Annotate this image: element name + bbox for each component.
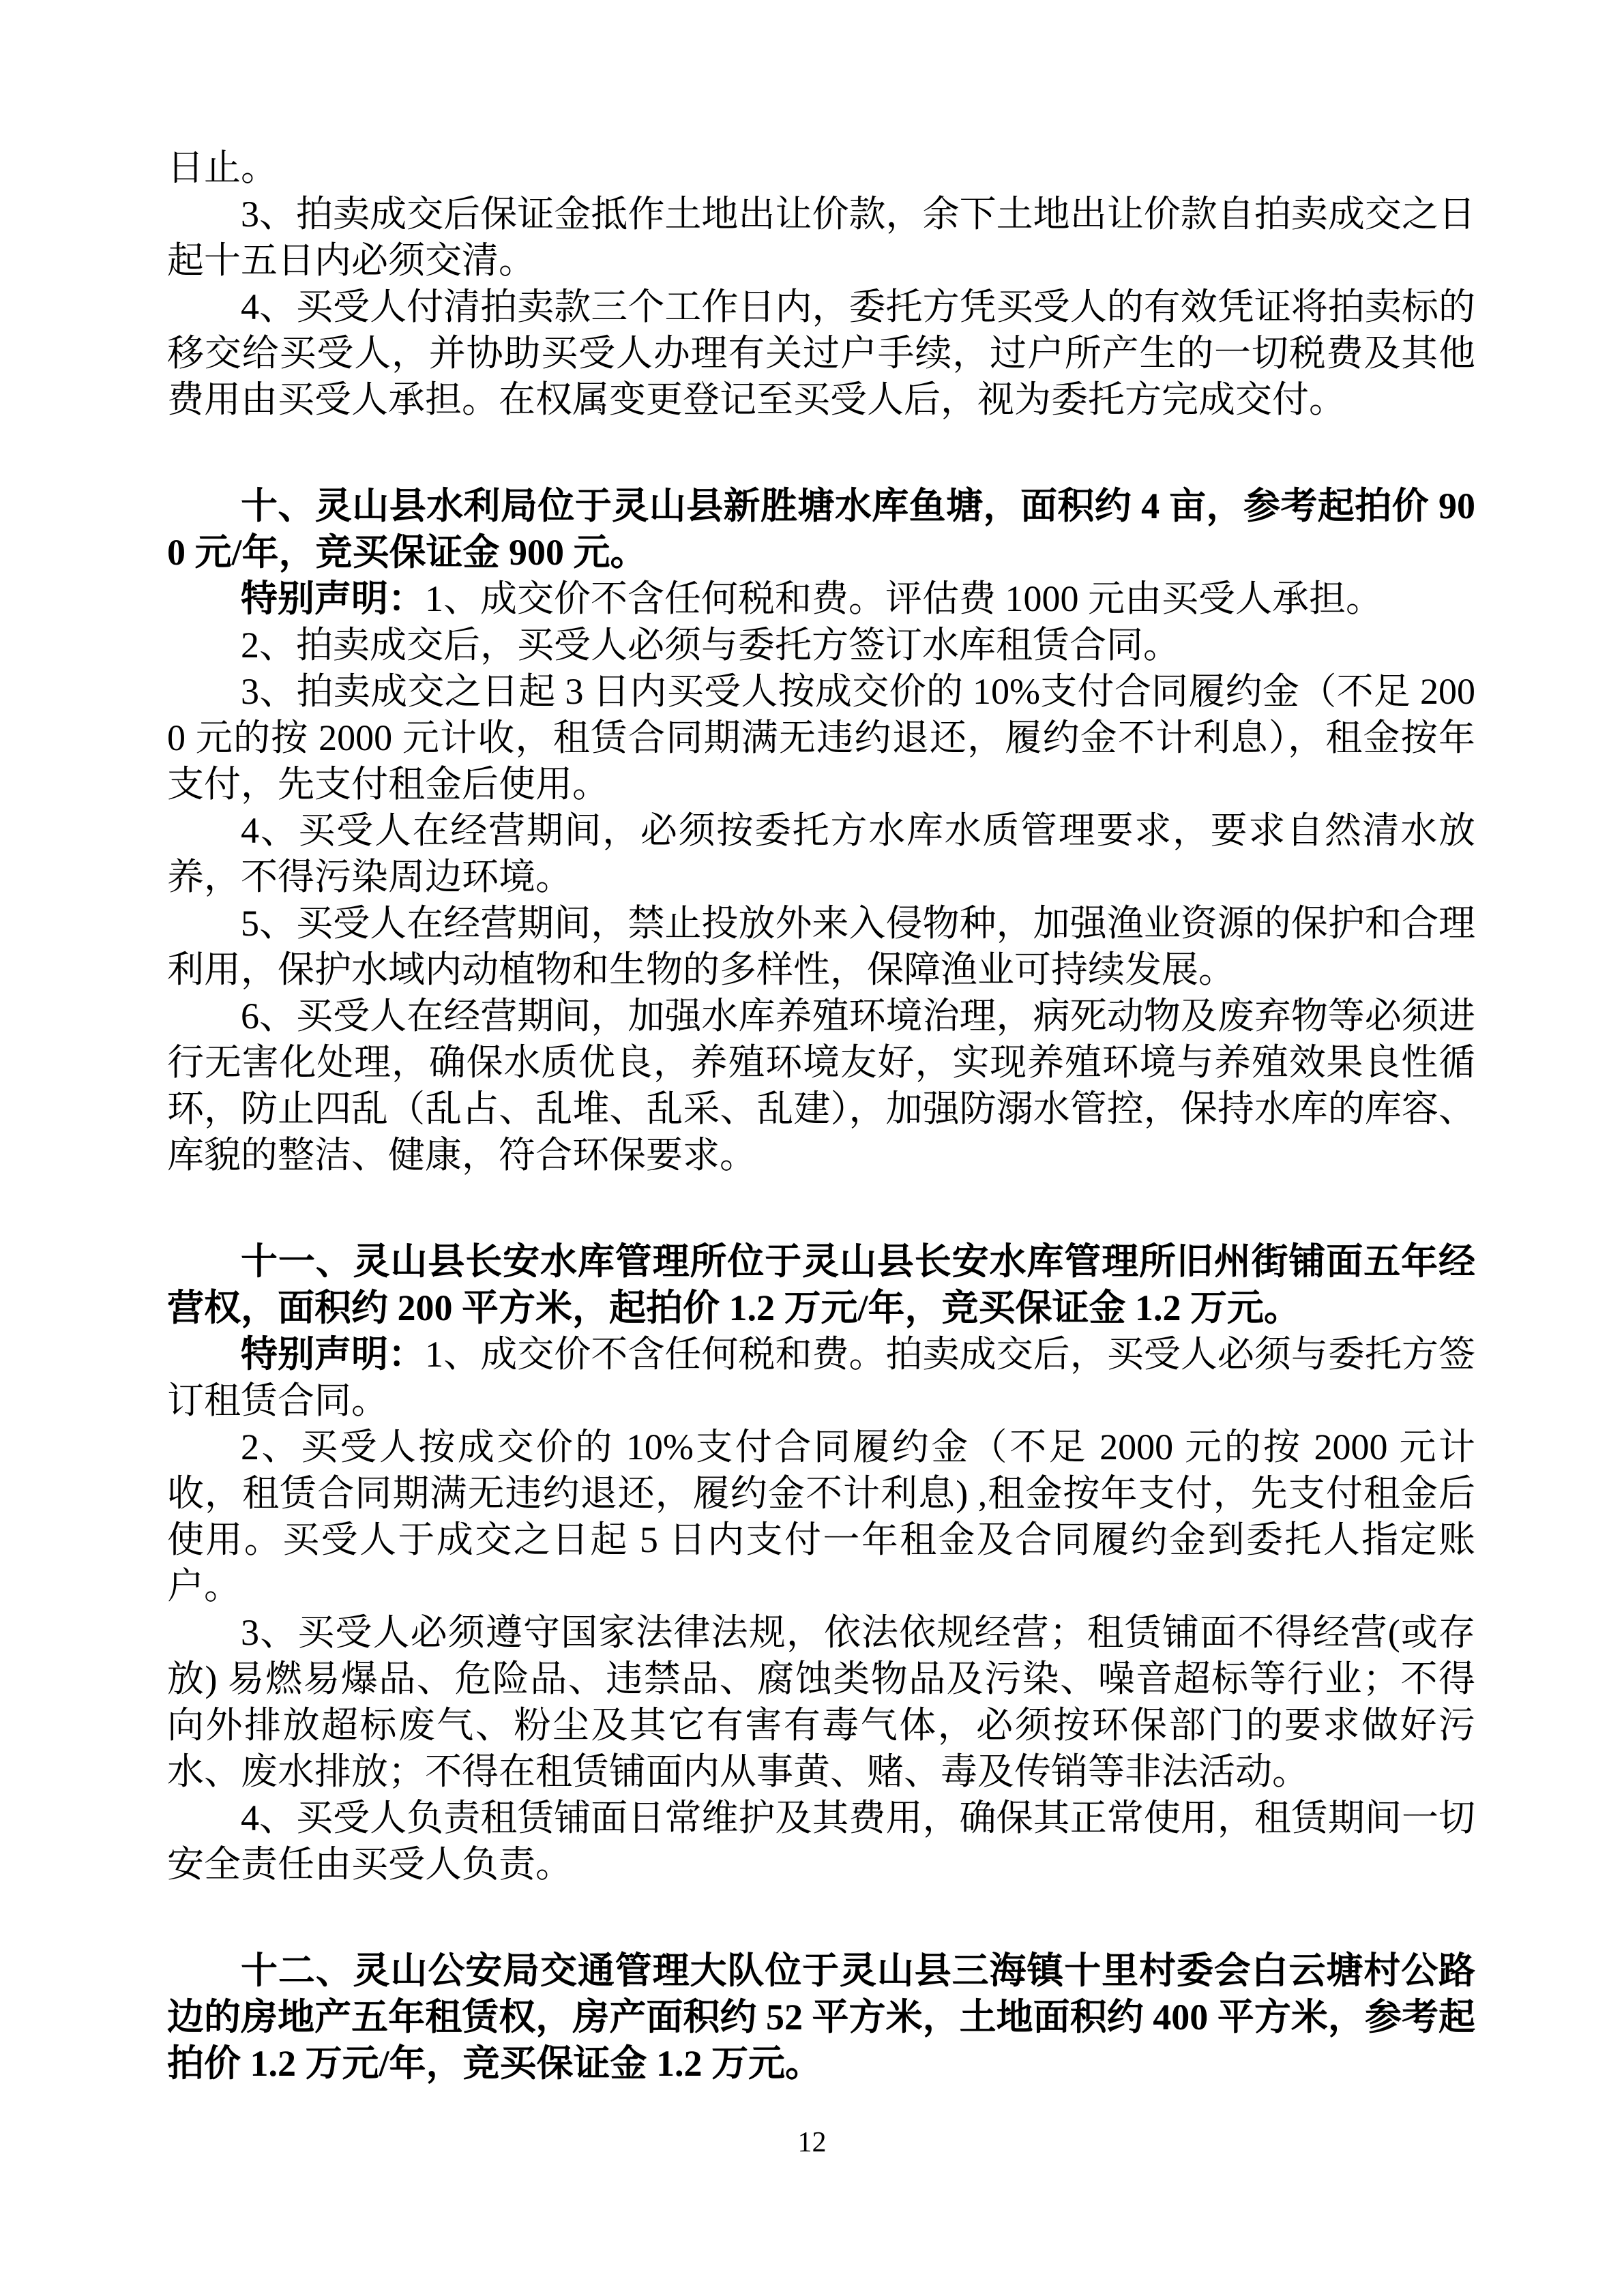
section-10-heading: 十、灵山县水利局位于灵山县新胜塘水库鱼塘，面积约 4 亩，参考起拍价 900 元…: [167, 483, 1475, 576]
page-number: 12: [0, 2126, 1624, 2159]
section-10-item-4: 4、买受人在经营期间，必须按委托方水库水质管理要求，要求自然清水放养，不得污染周…: [167, 807, 1475, 900]
prior-section-item-4: 4、买受人付清拍卖款三个工作日内，委托方凭买受人的有效凭证将拍卖标的移交给买受人…: [167, 284, 1475, 423]
section-11-item-2: 2、买受人按成交价的 10%支付合同履约金（不足 2000 元的按 2000 元…: [167, 1424, 1475, 1609]
section-10-item-1: 1、成交价不含任何税和费。评估费 1000 元由买受人承担。: [425, 578, 1383, 619]
section-11-special-declaration-label: 特别声明：: [241, 1334, 425, 1375]
section-11-item-3: 3、买受人必须遵守国家法律法规，依法依规经营；租赁铺面不得经营(或存放) 易燃易…: [167, 1609, 1475, 1795]
section-10-item-2: 2、拍卖成交后，买受人必须与委托方签订水库租赁合同。: [167, 622, 1475, 668]
document-page: { "content": { "continuation": "日止。", "p…: [0, 0, 1624, 2296]
section-10-special-declaration-label: 特别声明：: [241, 578, 425, 619]
section-11-heading: 十一、灵山县长安水库管理所位于灵山县长安水库管理所旧州街铺面五年经营权，面积约 …: [167, 1238, 1475, 1331]
section-11-special-declaration: 特别声明：1、成交价不含任何税和费。拍卖成交后，买受人必须与委托方签订租赁合同。: [167, 1331, 1475, 1424]
section-10-item-6: 6、买受人在经营期间，加强水库养殖环境治理，病死动物及废弃物等必须进行无害化处理…: [167, 993, 1475, 1178]
section-10-special-declaration: 特别声明：1、成交价不含任何税和费。评估费 1000 元由买受人承担。: [167, 576, 1475, 622]
prior-section-item-3: 3、拍卖成交后保证金抵作土地出让价款，余下土地出让价款自拍卖成交之日起十五日内必…: [167, 191, 1475, 284]
continuation-line: 日止。: [167, 145, 1475, 191]
section-11-item-4: 4、买受人负责租赁铺面日常维护及其费用，确保其正常使用，租赁期间一切安全责任由买…: [167, 1795, 1475, 1888]
section-10-item-3: 3、拍卖成交之日起 3 日内买受人按成交价的 10%支付合同履约金（不足 200…: [167, 668, 1475, 807]
section-12-heading: 十二、灵山公安局交通管理大队位于灵山县三海镇十里村委会白云塘村公路边的房地产五年…: [167, 1948, 1475, 2087]
document-body: 日止。 3、拍卖成交后保证金抵作土地出让价款，余下土地出让价款自拍卖成交之日起十…: [167, 145, 1475, 2087]
section-10-item-5: 5、买受人在经营期间，禁止投放外来入侵物种，加强渔业资源的保护和合理利用，保护水…: [167, 900, 1475, 993]
